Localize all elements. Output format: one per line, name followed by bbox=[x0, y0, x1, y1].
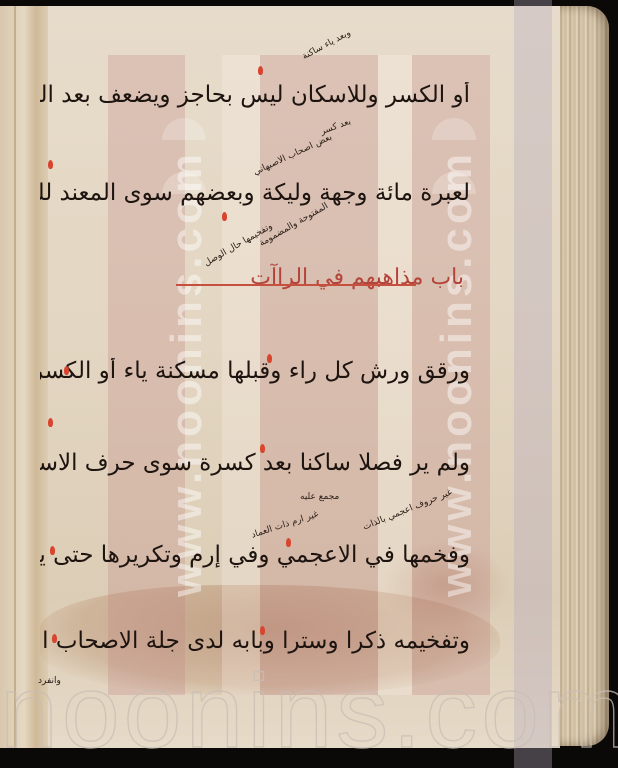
manuscript-photo: www.noonins.com www.noonins.com وبعد ياء… bbox=[0, 0, 618, 768]
verse-line: ورقق ورش كل راء وقبلها مسكنة ياء أو الكس… bbox=[40, 358, 470, 384]
verse-marker bbox=[260, 444, 265, 453]
verse-line: أو الكسر وللاسكان ليس بحاجز ويضعف بعد ال… bbox=[40, 82, 470, 108]
verse-marker bbox=[52, 634, 57, 643]
verse-marker bbox=[48, 160, 53, 169]
verse-marker bbox=[286, 538, 291, 547]
gutter-fold bbox=[14, 6, 16, 748]
verse-line: ولم ير فصلا ساكنا بعد كسرة سوى حرف الاست… bbox=[40, 450, 470, 476]
verse-marker bbox=[50, 546, 55, 555]
heading-rule bbox=[176, 284, 416, 286]
verse-marker bbox=[258, 66, 263, 75]
verse-marker bbox=[48, 418, 53, 427]
verse-marker bbox=[64, 366, 69, 375]
watermark-horizontal: noonins.com bbox=[0, 660, 618, 764]
verse-line: وفخمها في الاعجمي وفي إرم وتكريرها حتى ي… bbox=[40, 542, 470, 568]
verse-marker bbox=[267, 354, 272, 363]
chapter-heading: باب مذاهبهم في الراآت bbox=[48, 265, 464, 290]
verse-marker bbox=[222, 212, 227, 221]
verse-marker bbox=[260, 626, 265, 635]
verse-line: لعبرة مائة وجهة وليكة وبعضهم سوى المعند … bbox=[40, 180, 470, 206]
gloss-text: مجمع عليه bbox=[300, 492, 339, 502]
watermark-band bbox=[514, 0, 552, 768]
verse-line: وتفخيمه ذكرا وسترا وبابه لدى جلة الاصحاب… bbox=[40, 628, 470, 654]
